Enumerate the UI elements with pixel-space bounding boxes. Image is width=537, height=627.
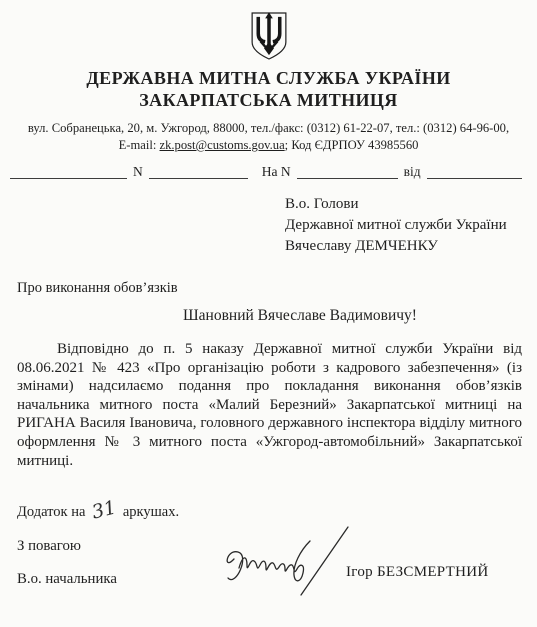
salutation: Шановний Вячеславе Вадимовичу! bbox=[80, 307, 520, 325]
recipient-name: Вячеславу ДЕМЧЕНКУ bbox=[285, 236, 507, 257]
edrpou-code: ; Код ЄДРПОУ 43985560 bbox=[285, 138, 419, 152]
incoming-date-blank bbox=[427, 162, 522, 179]
org-name-line2: ЗАКАРПАТСЬКА МИТНИЦЯ bbox=[0, 90, 537, 111]
closing-regards: З повагою bbox=[17, 538, 81, 555]
reply-to-number-label: На N bbox=[262, 164, 291, 179]
attachment-suffix: аркушах. bbox=[123, 504, 179, 520]
address-line: вул. Собранецька, 20, м. Ужгород, 88000,… bbox=[0, 121, 537, 136]
attachment-prefix: Додаток на bbox=[17, 504, 85, 520]
date-label: від bbox=[404, 164, 421, 179]
recipient-block: В.о. Голови Державної митної служби Укра… bbox=[285, 194, 507, 257]
recipient-organization: Державної митної служби України bbox=[285, 215, 507, 236]
org-name-line1: ДЕРЖАВНА МИТНА СЛУЖБА УКРАЇНИ bbox=[0, 68, 537, 89]
number-label: N bbox=[133, 164, 143, 179]
attachment-note: Додаток на 31 аркушах. bbox=[17, 499, 179, 521]
contact-line: E-mail: zk.post@customs.gov.ua; Код ЄДРП… bbox=[0, 138, 537, 153]
reference-line: N На N від bbox=[10, 160, 522, 179]
incoming-number-blank bbox=[297, 162, 398, 179]
handwritten-page-count: 31 bbox=[90, 496, 119, 523]
outgoing-number-blank bbox=[149, 162, 248, 179]
signer-position: В.о. начальника bbox=[17, 571, 117, 588]
email-label: E-mail: bbox=[119, 138, 160, 152]
scanned-letter-page: ДЕРЖАВНА МИТНА СЛУЖБА УКРАЇНИ ЗАКАРПАТСЬ… bbox=[0, 0, 537, 627]
subject-line: Про виконання обов’язків bbox=[17, 280, 178, 297]
signer-name: Ігор БЕЗСМЕРТНИЙ bbox=[346, 564, 489, 581]
outgoing-date-blank bbox=[10, 162, 127, 179]
ukraine-trident-emblem bbox=[0, 5, 537, 67]
email-address: zk.post@customs.gov.ua bbox=[160, 138, 285, 152]
recipient-title: В.о. Голови bbox=[285, 194, 507, 215]
handwritten-signature bbox=[218, 521, 358, 606]
letter-body-paragraph: Відповідно до п. 5 наказу Державної митн… bbox=[17, 340, 522, 470]
